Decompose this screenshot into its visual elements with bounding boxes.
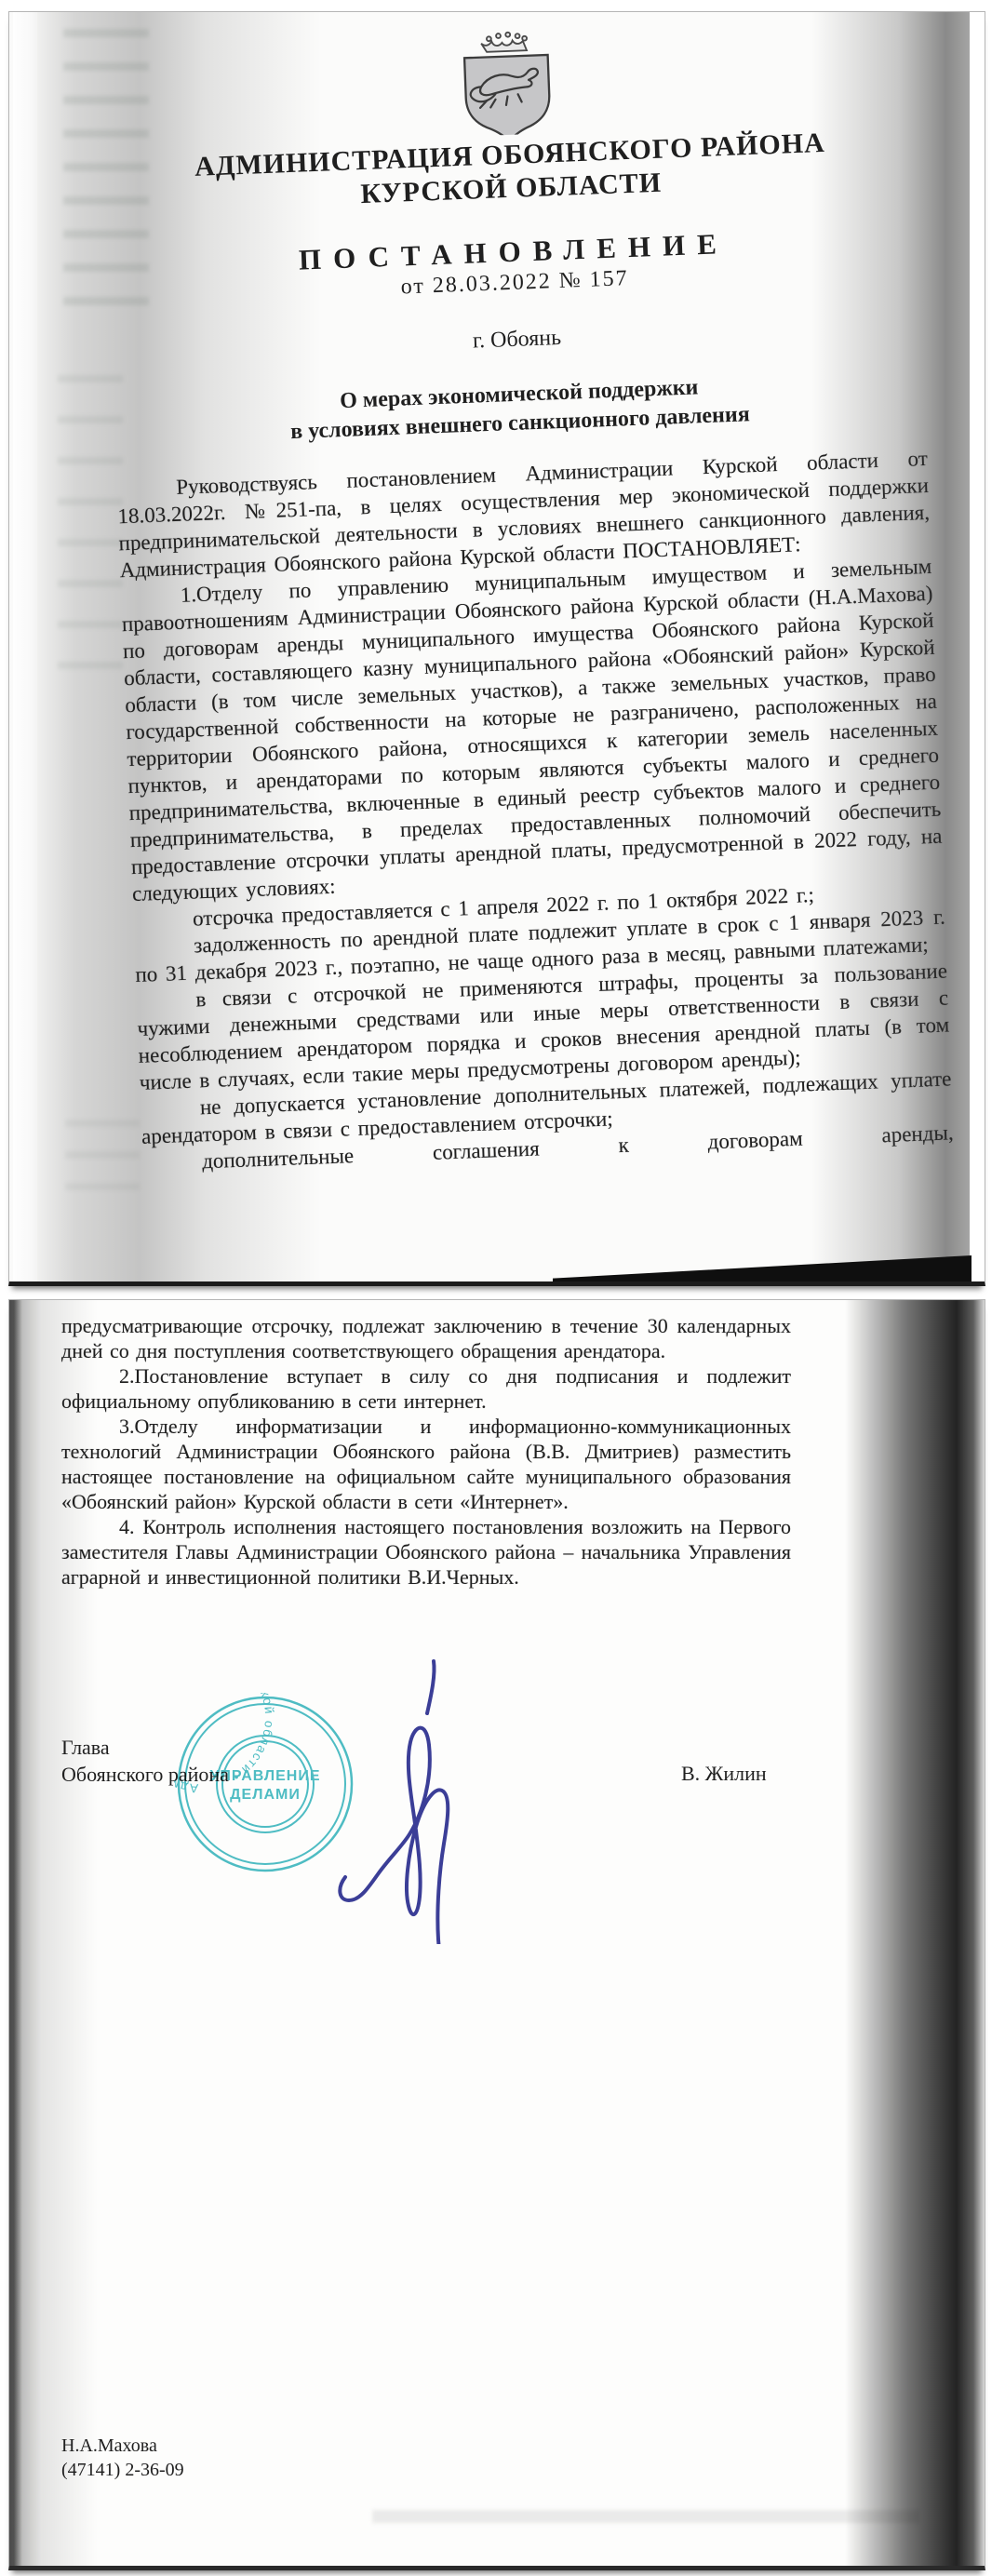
- bleed-through-text: [58, 375, 123, 682]
- page-edge-highlight: [13, 12, 37, 1281]
- signer-name: В. Жилин: [681, 1762, 767, 1786]
- page-2-scan: предусматривающие отсрочку, подлежат зак…: [8, 1299, 985, 2570]
- page-1-content: АДМИНИСТРАЦИЯ ОБОЯНСКОГО РАЙОНА КУРСКОЙ …: [99, 11, 954, 1177]
- paragraph: 1.Отделу по управлению муниципальным иму…: [120, 553, 944, 907]
- contact-footer: Н.А.Махова (47141) 2-36-09: [61, 2434, 184, 2482]
- official-stamp: Администрация Обоянского района Курской …: [174, 1693, 356, 1875]
- place-line: г. Обоянь: [111, 312, 922, 368]
- paragraph: 4. Контроль исполнения настоящего постан…: [61, 1514, 791, 1590]
- scanned-document-view: АДМИНИСТРАЦИЯ ОБОЯНСКОГО РАЙОНА КУРСКОЙ …: [0, 0, 1005, 2576]
- coat-of-arms-icon: [452, 20, 561, 137]
- scanner-margin: [970, 12, 985, 1281]
- contact-name: Н.А.Махова: [61, 2434, 184, 2458]
- page-1-scan: АДМИНИСТРАЦИЯ ОБОЯНСКОГО РАЙОНА КУРСКОЙ …: [8, 11, 985, 1286]
- handwritten-signature: [330, 1656, 451, 1944]
- paragraph: 2.Постановление вступает в силу со дня п…: [61, 1363, 791, 1414]
- paragraph: 3.Отделу информатизации и информационно-…: [61, 1414, 791, 1514]
- scan-shadow-right: [845, 1300, 985, 2566]
- scan-background-wedge: [553, 1255, 971, 1281]
- subject-heading: О мерах экономической поддержки в услови…: [114, 365, 927, 453]
- scan-smudge: [372, 2510, 919, 2523]
- stamp-center-line-1: УПРАВЛЕНИЕ: [209, 1768, 320, 1784]
- page-1-body: Руководствуясь постановлением Администра…: [116, 445, 954, 1177]
- contact-phone: (47141) 2-36-09: [61, 2458, 184, 2482]
- stamp-center-line-2: ДЕЛАМИ: [230, 1787, 301, 1803]
- page-2-content: предусматривающие отсрочку, подлежат зак…: [61, 1313, 791, 1590]
- bleed-through-text: [65, 1120, 140, 1203]
- paragraph: предусматривающие отсрочку, подлежат зак…: [61, 1313, 791, 1363]
